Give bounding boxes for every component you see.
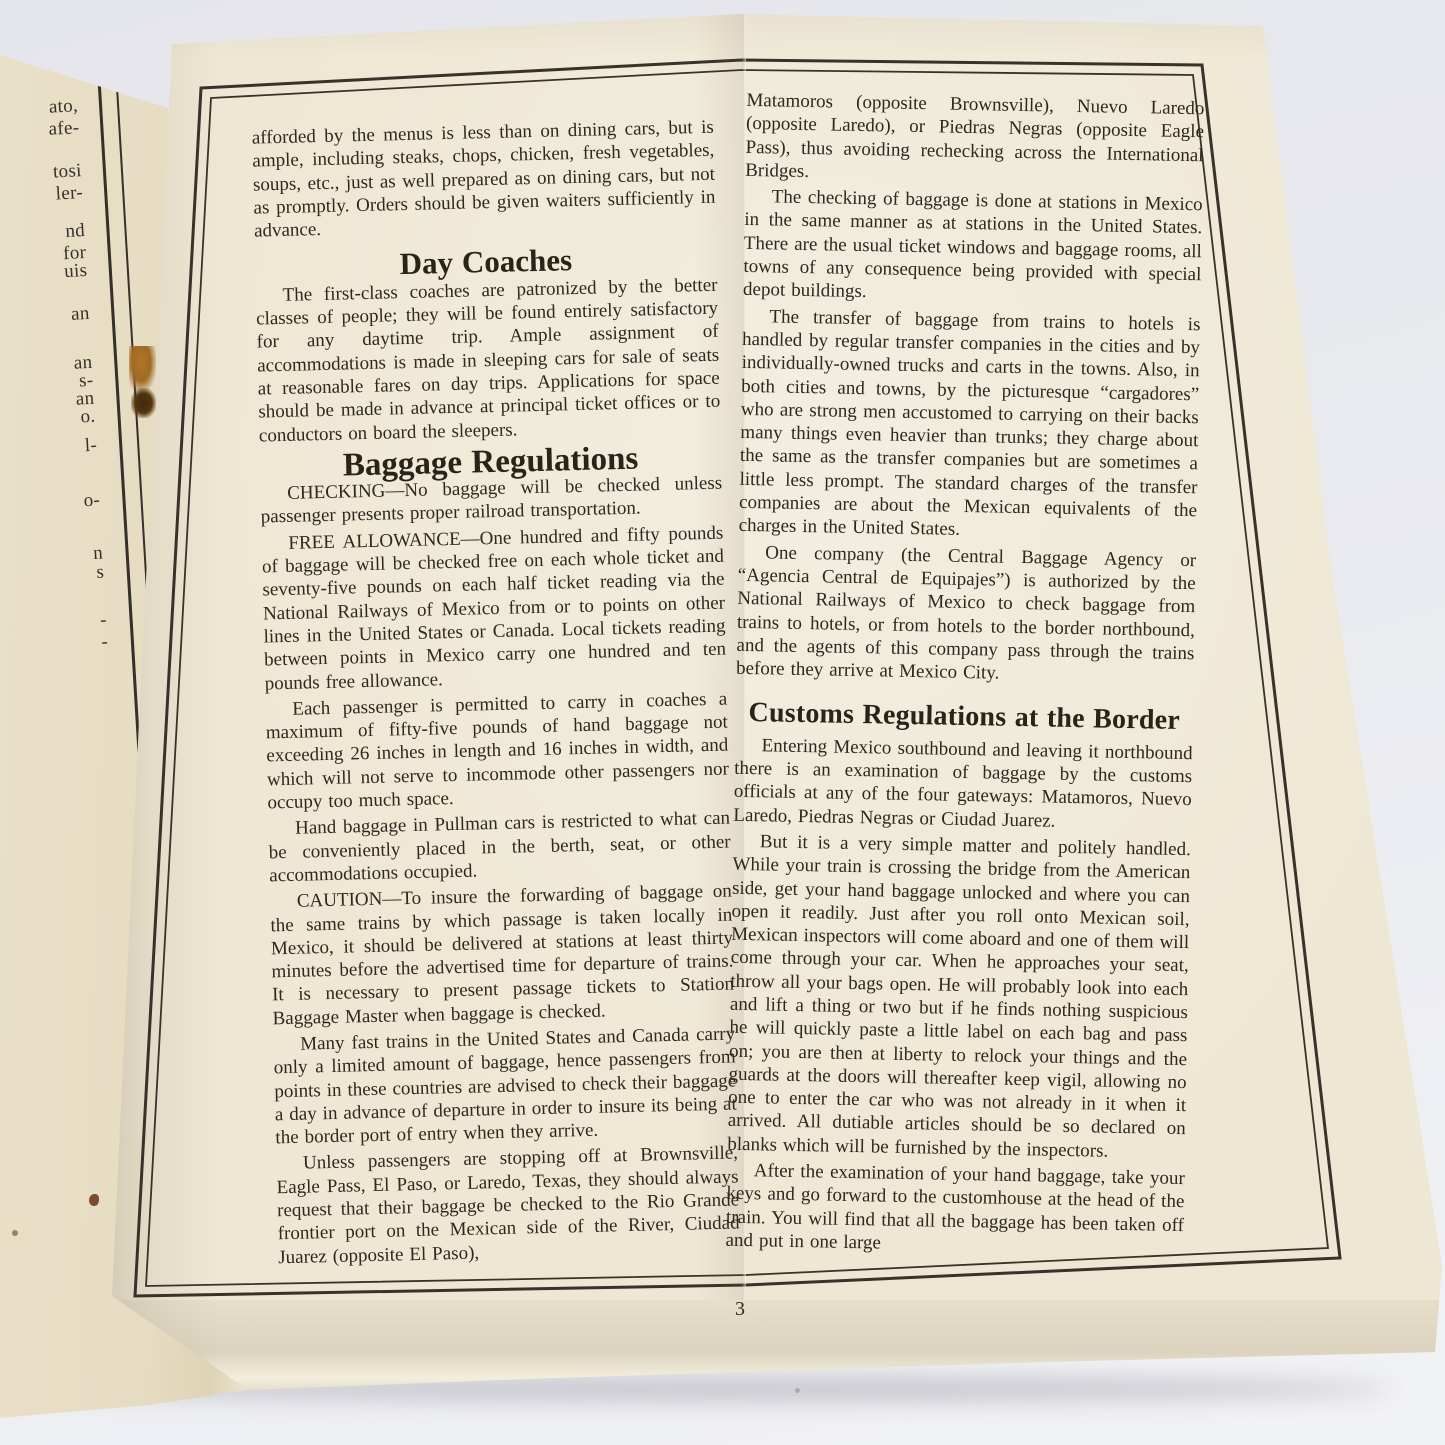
text-fragment: afe- [48, 117, 80, 141]
text-fragment: l- [84, 435, 97, 458]
booklet-page: afforded by the menus is less than on di… [100, 0, 1445, 1412]
page-number: 3 [660, 1298, 820, 1321]
paragraph-dining-continued: afforded by the menus is less than on di… [252, 116, 717, 243]
text-fragment: - [101, 631, 109, 653]
text-fragment: tosi [52, 160, 82, 184]
left-column: afforded by the menus is less than on di… [252, 113, 741, 1273]
text-fragment: o. [80, 406, 96, 429]
paragraph-checking-of-baggage: The checking of baggage is done at stati… [743, 185, 1203, 310]
text-fragment: - [100, 609, 108, 631]
text-fragment: s [96, 561, 105, 583]
paragraph-unless-stopping: Unless passengers are stopping off at Br… [276, 1142, 741, 1269]
paragraph-hand-baggage: Hand baggage in Pullman cars is restrict… [268, 807, 732, 888]
paragraph-transfer-of-baggage: The transfer of baggage from trains to h… [738, 305, 1200, 546]
heading-customs-regulations: Customs Regulations at the Border [735, 701, 1193, 733]
paragraph-caution: CAUTION—To insure the forwarding of bagg… [270, 880, 735, 1031]
text-fragment: nd [65, 220, 86, 243]
paragraph-one-company: One company (the Central Baggage Agency … [736, 540, 1196, 688]
paragraph-simple-matter: But it is a very simple matter and polit… [727, 830, 1191, 1164]
paragraph-after-examination: After the examination of your hand bagga… [725, 1159, 1185, 1261]
text-fragment: o- [83, 490, 101, 513]
paragraph-each-passenger: Each passenger is permitted to carry in … [265, 687, 730, 814]
paragraph-free-allowance: FREE ALLOWANCE—One hundred and fifty pou… [261, 521, 727, 695]
text-fragment: uis [64, 260, 88, 283]
paragraph-entering-mexico: Entering Mexico southbound and leaving i… [733, 734, 1193, 836]
right-column: Matamoros (opposite Brownsville), Nuevo … [725, 86, 1204, 1263]
text-fragment: ler- [55, 182, 83, 205]
photo-background: ato, afe- tosi ler- nd for uis an an s- … [0, 0, 1445, 1445]
paragraph-many-fast-trains: Many fast trains in the United States an… [273, 1022, 738, 1149]
paragraph-matamoros-continued: Matamoros (opposite Brownsville), Nuevo … [745, 89, 1205, 191]
paragraph-checking: CHECKING—No baggage will be checked unle… [260, 472, 723, 529]
paragraph-day-coaches: The first-class coaches are patronized b… [255, 273, 721, 447]
text-fragment: ato, [48, 95, 78, 119]
text-fragment: an [71, 303, 91, 326]
